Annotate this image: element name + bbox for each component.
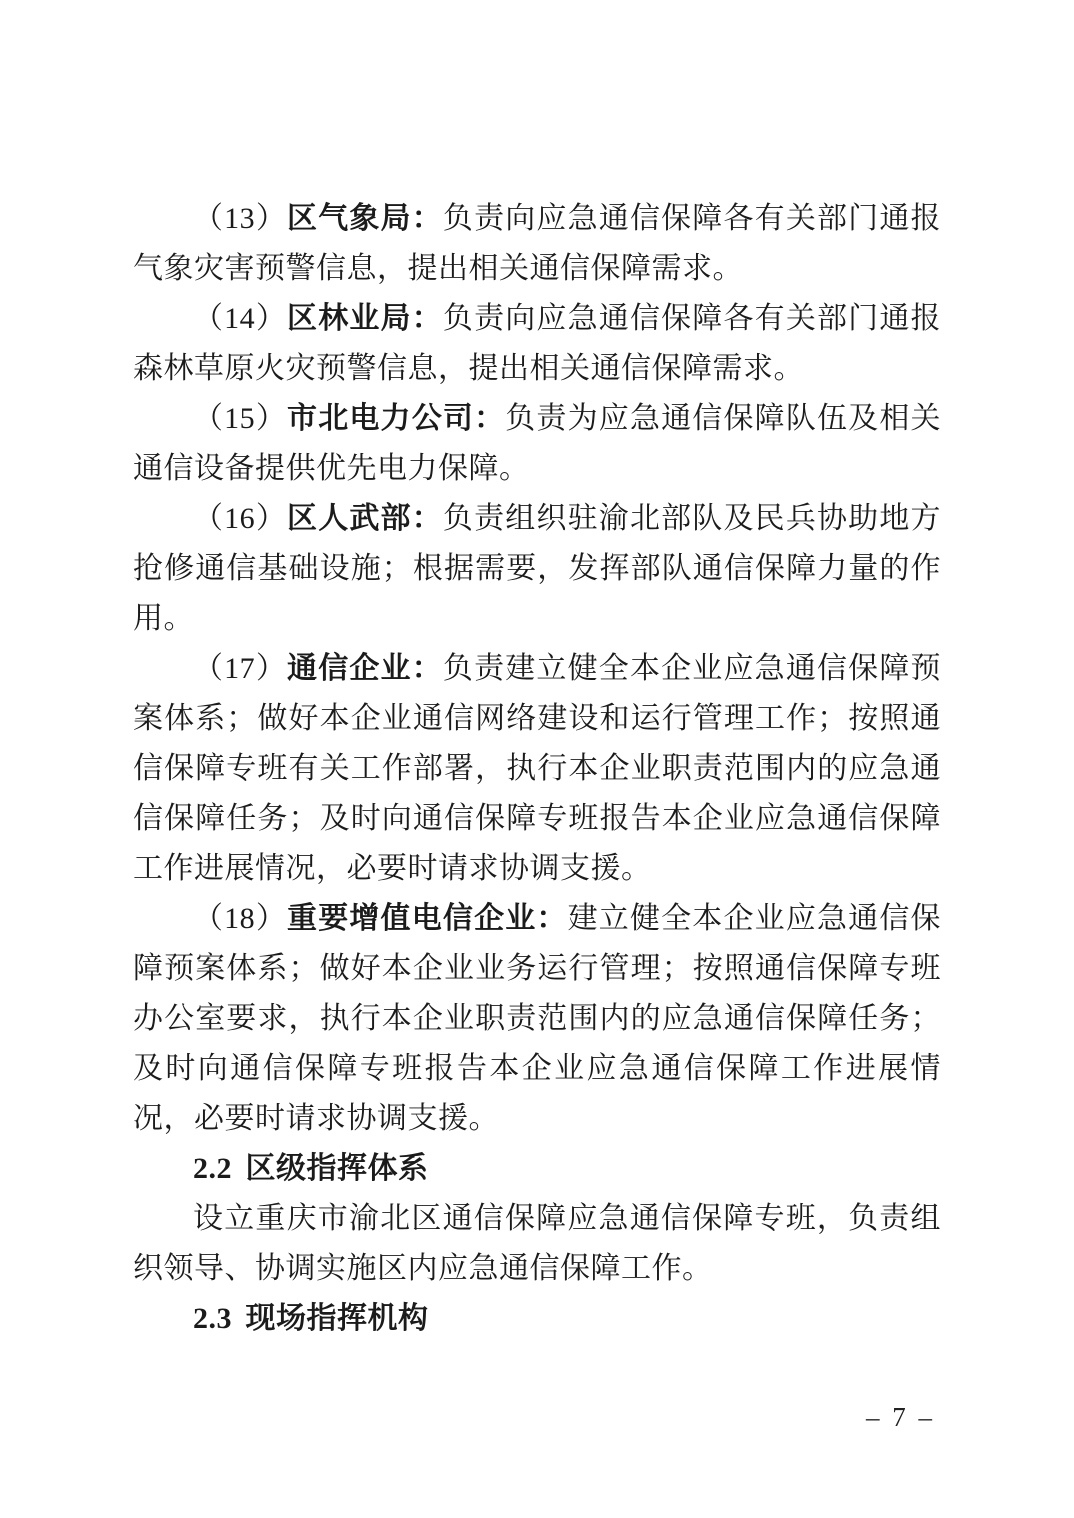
item-label: 重要增值电信企业： <box>287 902 568 935</box>
item-label: 区气象局： <box>287 202 443 235</box>
list-item-18: （18）重要增值电信企业：建立健全本企业应急通信保障预案体系；做好本企业业务运行… <box>133 894 941 1144</box>
section-heading-2-3: 2.3现场指挥机构 <box>133 1294 941 1344</box>
list-item-13: （13）区气象局：负责向应急通信保障各有关部门通报气象灾害预警信息，提出相关通信… <box>133 194 941 294</box>
item-label: 市北电力公司： <box>287 402 505 435</box>
item-label: 区林业局： <box>287 302 443 335</box>
section-number: 2.2 <box>193 1152 232 1185</box>
section-title: 现场指挥机构 <box>246 1302 429 1335</box>
list-item-14: （14）区林业局：负责向应急通信保障各有关部门通报森林草原火灾预警信息，提出相关… <box>133 294 941 394</box>
section-heading-2-2: 2.2区级指挥体系 <box>133 1144 941 1194</box>
paragraph-section-2-2: 设立重庆市渝北区通信保障应急通信保障专班，负责组织领导、协调实施区内应急通信保障… <box>133 1194 941 1294</box>
item-text: 负责建立健全本企业应急通信保障预案体系；做好本企业通信网络建设和运行管理工作；按… <box>133 652 941 885</box>
document-body: （13）区气象局：负责向应急通信保障各有关部门通报气象灾害预警信息，提出相关通信… <box>133 194 941 1344</box>
item-label: 区人武部： <box>287 502 443 535</box>
item-text: 建立健全本企业应急通信保障预案体系；做好本企业业务运行管理；按照通信保障专班办公… <box>133 902 941 1135</box>
page-number: – 7 – <box>866 1400 935 1434</box>
list-item-17: （17）通信企业：负责建立健全本企业应急通信保障预案体系；做好本企业通信网络建设… <box>133 644 941 894</box>
item-number: （15） <box>193 402 287 435</box>
list-item-16: （16）区人武部：负责组织驻渝北部队及民兵协助地方抢修通信基础设施；根据需要，发… <box>133 494 941 644</box>
item-number: （13） <box>193 202 287 235</box>
paragraph-text: 设立重庆市渝北区通信保障应急通信保障专班，负责组织领导、协调实施区内应急通信保障… <box>133 1202 941 1285</box>
item-number: （17） <box>193 652 287 685</box>
section-title: 区级指挥体系 <box>246 1152 429 1185</box>
item-number: （16） <box>193 502 287 535</box>
list-item-15: （15）市北电力公司：负责为应急通信保障队伍及相关通信设备提供优先电力保障。 <box>133 394 941 494</box>
section-number: 2.3 <box>193 1302 232 1335</box>
document-page: （13）区气象局：负责向应急通信保障各有关部门通报气象灾害预警信息，提出相关通信… <box>0 0 1074 1518</box>
item-label: 通信企业： <box>287 652 443 685</box>
item-number: （18） <box>193 902 287 935</box>
item-number: （14） <box>193 302 287 335</box>
